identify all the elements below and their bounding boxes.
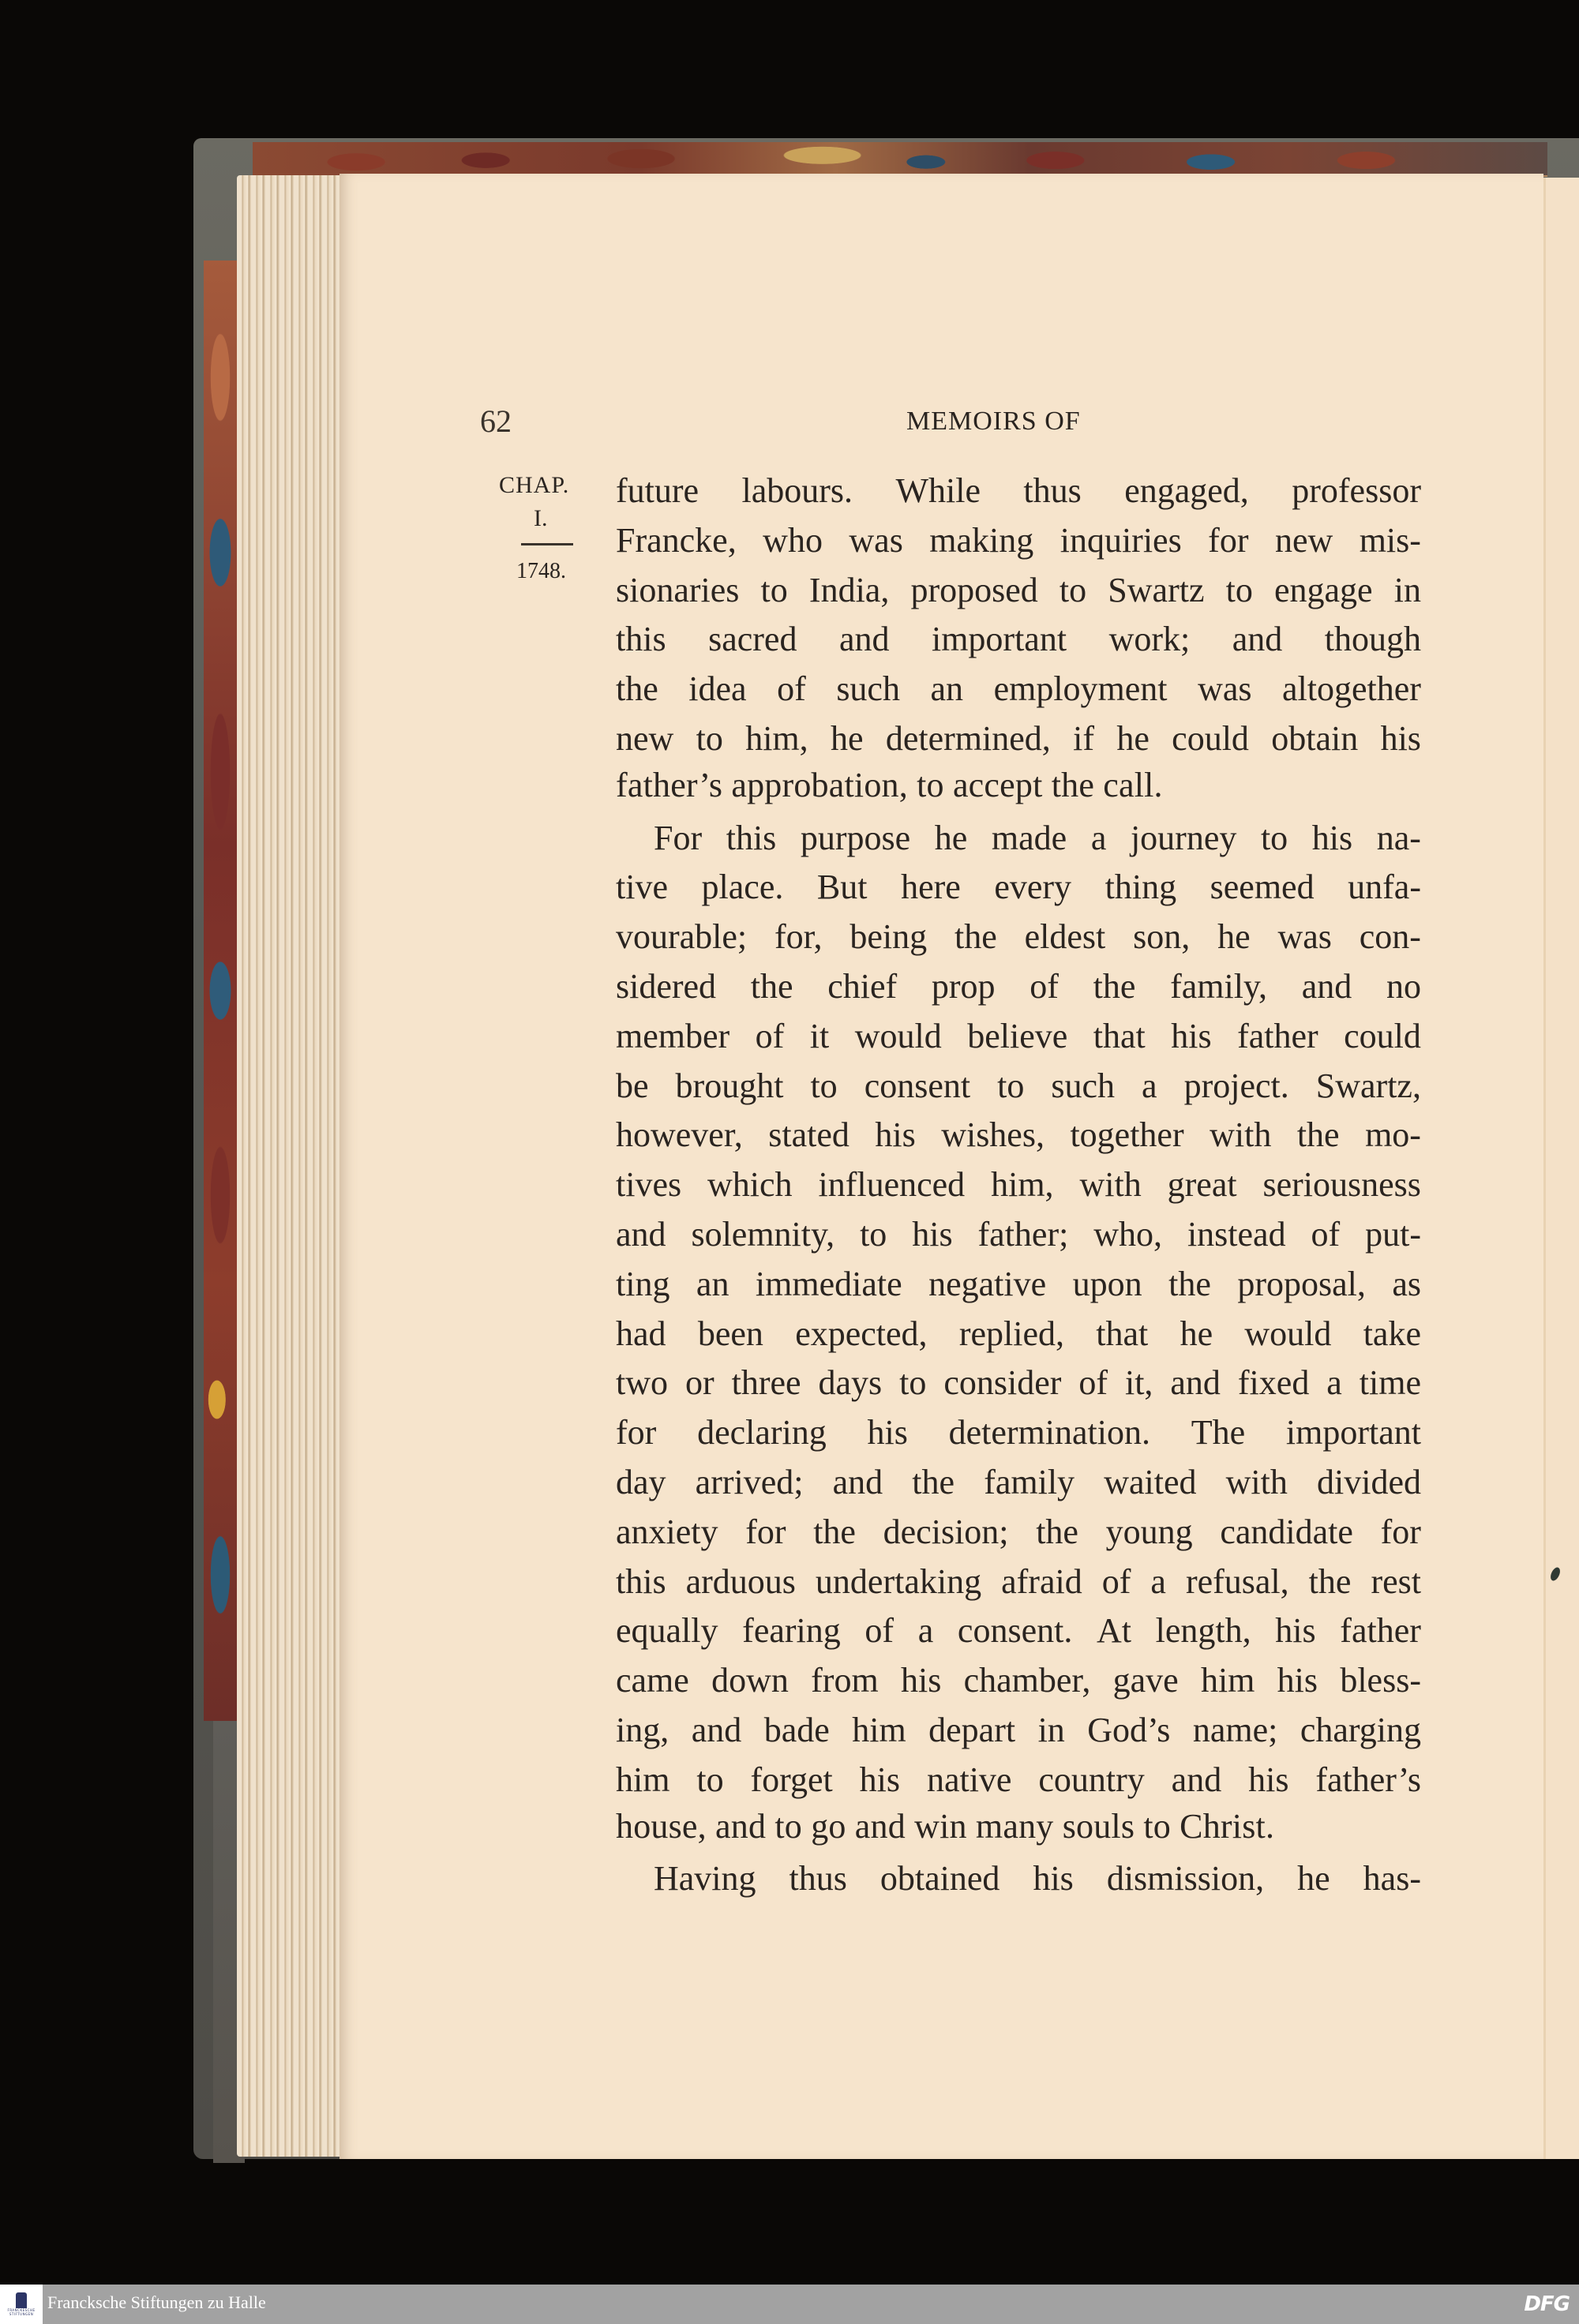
text-line: fordeclaringhisdetermination.Theimportan… bbox=[616, 1412, 1421, 1452]
book-scan: 62 MEMOIRS OF CHAP. I. 1748. futurelabou… bbox=[0, 0, 1579, 2285]
margin-year: 1748. bbox=[516, 559, 566, 584]
text-line: dayarrived;andthefamilywaitedwithdivided bbox=[616, 1462, 1421, 1502]
marbled-top-edge bbox=[253, 142, 1547, 177]
text-line: twoorthreedaystoconsiderofit,andfixedati… bbox=[616, 1363, 1421, 1403]
text-line: vourable;for,beingtheeldestson,hewascon- bbox=[616, 916, 1421, 957]
text-line: tinganimmediatenegativeupontheproposal,a… bbox=[616, 1264, 1421, 1304]
text-line: sideredthechiefpropofthefamily,andno bbox=[616, 966, 1421, 1006]
logo-figure-icon bbox=[16, 2292, 27, 2308]
logo-text-line2: STIFTUNGEN bbox=[9, 2312, 33, 2316]
text-line: anxietyforthedecision;theyoungcandidatef… bbox=[616, 1512, 1421, 1552]
text-line: andsolemnity,tohisfather;who,insteadofpu… bbox=[616, 1214, 1421, 1254]
text-line: tiveswhichinfluencedhim,withgreatserious… bbox=[616, 1164, 1421, 1205]
institution-name: Francksche Stiftungen zu Halle bbox=[47, 2292, 266, 2313]
text-line: thissacredandimportantwork;andthough bbox=[616, 619, 1421, 659]
page-number: 62 bbox=[480, 403, 512, 440]
text-line: ing,andbadehimdepartinGod’sname;charging bbox=[616, 1710, 1421, 1750]
dfg-logo: DFG bbox=[1524, 2292, 1570, 2316]
text-line: bebroughttoconsenttosuchaproject.Swartz, bbox=[616, 1066, 1421, 1106]
text-line: sionariestoIndia,proposedtoSwartztoengag… bbox=[616, 570, 1421, 610]
text-line: himtoforgethisnativecountryandhisfather’… bbox=[616, 1760, 1421, 1800]
margin-rule bbox=[521, 543, 573, 545]
text-line: hadbeenexpected,replied,thathewouldtake bbox=[616, 1314, 1421, 1354]
text-line: Forthispurposehemadeajourneytohisna- bbox=[654, 818, 1421, 858]
text-line: equallyfearingofaconsent.Atlength,hisfat… bbox=[616, 1610, 1421, 1651]
next-page-edge bbox=[1543, 178, 1579, 2159]
text-line: memberofitwouldbelievethathisfathercould bbox=[616, 1016, 1421, 1056]
text-line: Francke,whowasmakinginquiriesfornewmis- bbox=[616, 520, 1421, 560]
text-line: newtohim,hedetermined,ifhecouldobtainhis bbox=[616, 718, 1421, 759]
institution-logo: FRANCKESCHE STIFTUNGEN bbox=[0, 2285, 43, 2324]
margin-chapter-label: CHAP. bbox=[499, 472, 569, 499]
text-line: however,statedhiswishes,togetherwiththem… bbox=[616, 1115, 1421, 1155]
text-line: theideaofsuchanemploymentwasaltogether bbox=[616, 669, 1421, 709]
running-header: MEMOIRS OF bbox=[906, 407, 1081, 437]
text-line: house, and to go and win many souls to C… bbox=[616, 1809, 1274, 1844]
text-line: Havingthusobtainedhisdismission,hehas- bbox=[654, 1858, 1421, 1899]
text-line: thisarduousundertakingafraidofarefusal,t… bbox=[616, 1561, 1421, 1602]
text-line: tiveplace.Buthereeverythingseemedunfa- bbox=[616, 867, 1421, 907]
margin-chapter-number: I. bbox=[534, 505, 548, 532]
text-line: father’s approbation, to accept the call… bbox=[616, 768, 1163, 803]
text-line: camedownfromhischamber,gavehimhisbless- bbox=[616, 1660, 1421, 1700]
text-line: futurelabours.Whilethusengaged,professor bbox=[616, 470, 1421, 511]
footer-bar: FRANCKESCHE STIFTUNGEN Francksche Stiftu… bbox=[0, 2285, 1579, 2324]
marbled-left-edge bbox=[204, 261, 237, 1721]
